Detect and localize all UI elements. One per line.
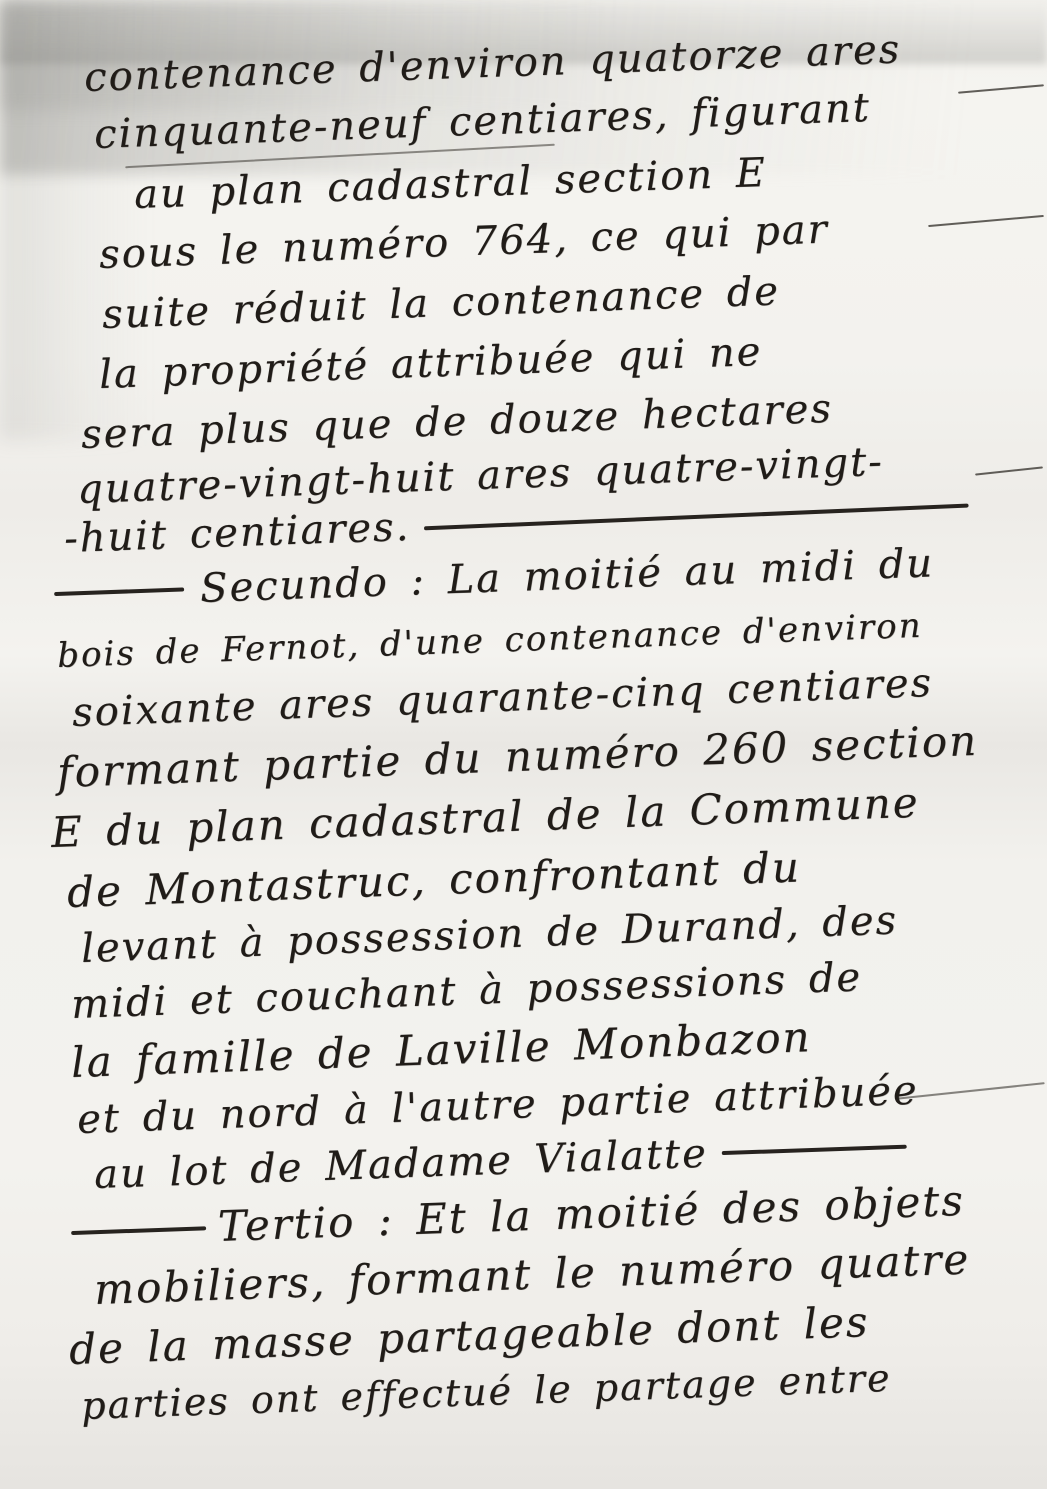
line-text: la propriété attribuée qui ne (98, 329, 763, 398)
manuscript-page: contenance d'environ quatorze ares cinqu… (0, 0, 1047, 1489)
line-text: suite réduit la contenance de (101, 268, 780, 338)
ink-flourish (975, 466, 1043, 475)
closing-dash (722, 1145, 907, 1155)
manuscript-line: suite réduit la contenance de (101, 268, 780, 338)
section-lead-dash (54, 587, 184, 596)
section-lead-dash (71, 1226, 206, 1235)
manuscript-line: sous le numéro 764, ce qui par (98, 207, 829, 278)
ink-flourish (958, 84, 1044, 93)
manuscript-line: la propriété attribuée qui ne (98, 329, 763, 398)
ink-flourish (928, 215, 1044, 227)
horizontal-rule (424, 504, 969, 531)
line-text: -huit centiares. (63, 504, 411, 562)
line-text: sous le numéro 764, ce qui par (98, 207, 829, 278)
